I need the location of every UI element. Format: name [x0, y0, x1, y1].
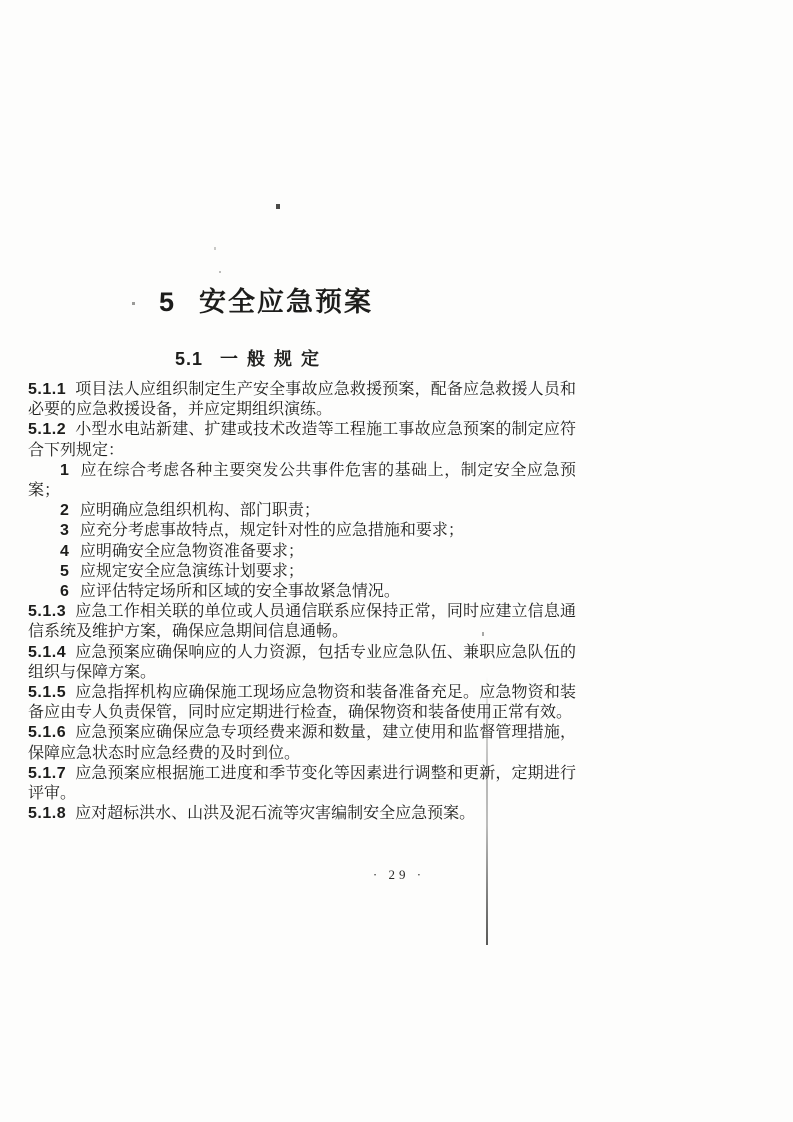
- clause-text: 应对超标洪水、山洪及泥石流等灾害编制安全应急预案。: [75, 805, 475, 822]
- list-item-text: 应规定安全应急演练计划要求；: [80, 563, 304, 580]
- clause-number: 5.1.4: [28, 644, 75, 661]
- section-number: 5.1: [175, 349, 203, 369]
- clause-body: 5.1.1项目法人应组织制定生产安全事故应急救援预案，配备应急救援人员和必要的应…: [28, 380, 576, 824]
- clause-5-1-7: 5.1.7应急预案应根据施工进度和季节变化等因素进行调整和更新，定期进行评审。: [28, 764, 576, 804]
- clause-5-1-6: 5.1.6应急预案应确保应急专项经费来源和数量，建立使用和监督管理措施，保障应急…: [28, 723, 576, 763]
- clause-text: 应急预案应确保应急专项经费来源和数量，建立使用和监督管理措施，保障应急状态时应急…: [28, 724, 576, 761]
- clause-text: 应急预案应确保响应的人力资源，包括专业应急队伍、兼职应急队伍的组织与保障方案。: [28, 644, 576, 681]
- scan-speckle: [276, 204, 280, 209]
- scan-speckle: [132, 302, 135, 305]
- list-item-text: 应充分考虑事故特点，规定针对性的应急措施和要求；: [80, 522, 464, 539]
- list-item-3: 3应充分考虑事故特点，规定针对性的应急措施和要求；: [28, 521, 576, 541]
- section-title: 一 般 规 定: [220, 349, 321, 369]
- clause-5-1-4: 5.1.4应急预案应确保响应的人力资源，包括专业应急队伍、兼职应急队伍的组织与保…: [28, 643, 576, 683]
- scan-speckle: [219, 271, 221, 273]
- clause-5-1-3: 5.1.3应急工作相关联的单位或人员通信联系应保持正常，同时应建立信息通信系统及…: [28, 602, 576, 642]
- list-item-4: 4应明确安全应急物资准备要求；: [28, 542, 576, 562]
- list-item-number: 3: [60, 522, 80, 539]
- clause-number: 5.1.1: [28, 381, 75, 398]
- list-item-1: 1应在综合考虑各种主要突发公共事件危害的基础上，制定安全应急预案；: [28, 461, 576, 501]
- clause-5-1-5: 5.1.5应急指挥机构应确保施工现场应急物资和装备准备充足。应急物资和装备应由专…: [28, 683, 576, 723]
- list-item-5: 5应规定安全应急演练计划要求；: [28, 562, 576, 582]
- clause-number: 5.1.6: [28, 724, 75, 741]
- clause-number: 5.1.5: [28, 684, 75, 701]
- scan-speckle: [214, 247, 216, 250]
- list-item-6: 6应评估特定场所和区域的安全事故紧急情况。: [28, 582, 576, 602]
- clause-number: 5.1.2: [28, 421, 75, 438]
- clause-text: 小型水电站新建、扩建或技术改造等工程施工事故应急预案的制定应符合下列规定：: [28, 421, 576, 458]
- list-item-text: 应在综合考虑各种主要突发公共事件危害的基础上，制定安全应急预案；: [28, 462, 576, 499]
- list-item-number: 2: [60, 502, 80, 519]
- chapter-title: 安全应急预案: [199, 287, 373, 317]
- clause-text: 应急预案应根据施工进度和季节变化等因素进行调整和更新，定期进行评审。: [28, 765, 576, 802]
- clause-5-1-2: 5.1.2小型水电站新建、扩建或技术改造等工程施工事故应急预案的制定应符合下列规…: [28, 420, 576, 460]
- list-item-text: 应评估特定场所和区域的安全事故紧急情况。: [80, 583, 400, 600]
- list-item-number: 1: [60, 462, 80, 479]
- list-item-2: 2应明确应急组织机构、部门职责；: [28, 501, 576, 521]
- clause-text: 应急工作相关联的单位或人员通信联系应保持正常，同时应建立信息通信系统及维护方案，…: [28, 603, 576, 640]
- list-item-number: 6: [60, 583, 80, 600]
- chapter-heading: 5安全应急预案: [159, 287, 373, 317]
- page-number: · 29 ·: [349, 867, 449, 883]
- clause-number: 5.1.7: [28, 765, 75, 782]
- clause-5-1-8: 5.1.8应对超标洪水、山洪及泥石流等灾害编制安全应急预案。: [28, 804, 576, 824]
- list-item-text: 应明确应急组织机构、部门职责；: [80, 502, 320, 519]
- clause-number: 5.1.3: [28, 603, 75, 620]
- chapter-number: 5: [159, 287, 174, 317]
- clause-number: 5.1.8: [28, 805, 75, 822]
- section-heading: 5.1一 般 规 定: [175, 348, 321, 370]
- list-item-number: 5: [60, 563, 80, 580]
- clause-5-1-1: 5.1.1项目法人应组织制定生产安全事故应急救援预案，配备应急救援人员和必要的应…: [28, 380, 576, 420]
- scan-artifact-line: [486, 677, 488, 945]
- clause-text: 项目法人应组织制定生产安全事故应急救援预案，配备应急救援人员和必要的应急救援设备…: [28, 381, 576, 418]
- clause-text: 应急指挥机构应确保施工现场应急物资和装备准备充足。应急物资和装备应由专人负责保管…: [28, 684, 576, 721]
- scanned-document-page: 5安全应急预案 5.1一 般 规 定 5.1.1项目法人应组织制定生产安全事故应…: [0, 0, 793, 1122]
- list-item-text: 应明确安全应急物资准备要求；: [80, 543, 304, 560]
- list-item-number: 4: [60, 543, 80, 560]
